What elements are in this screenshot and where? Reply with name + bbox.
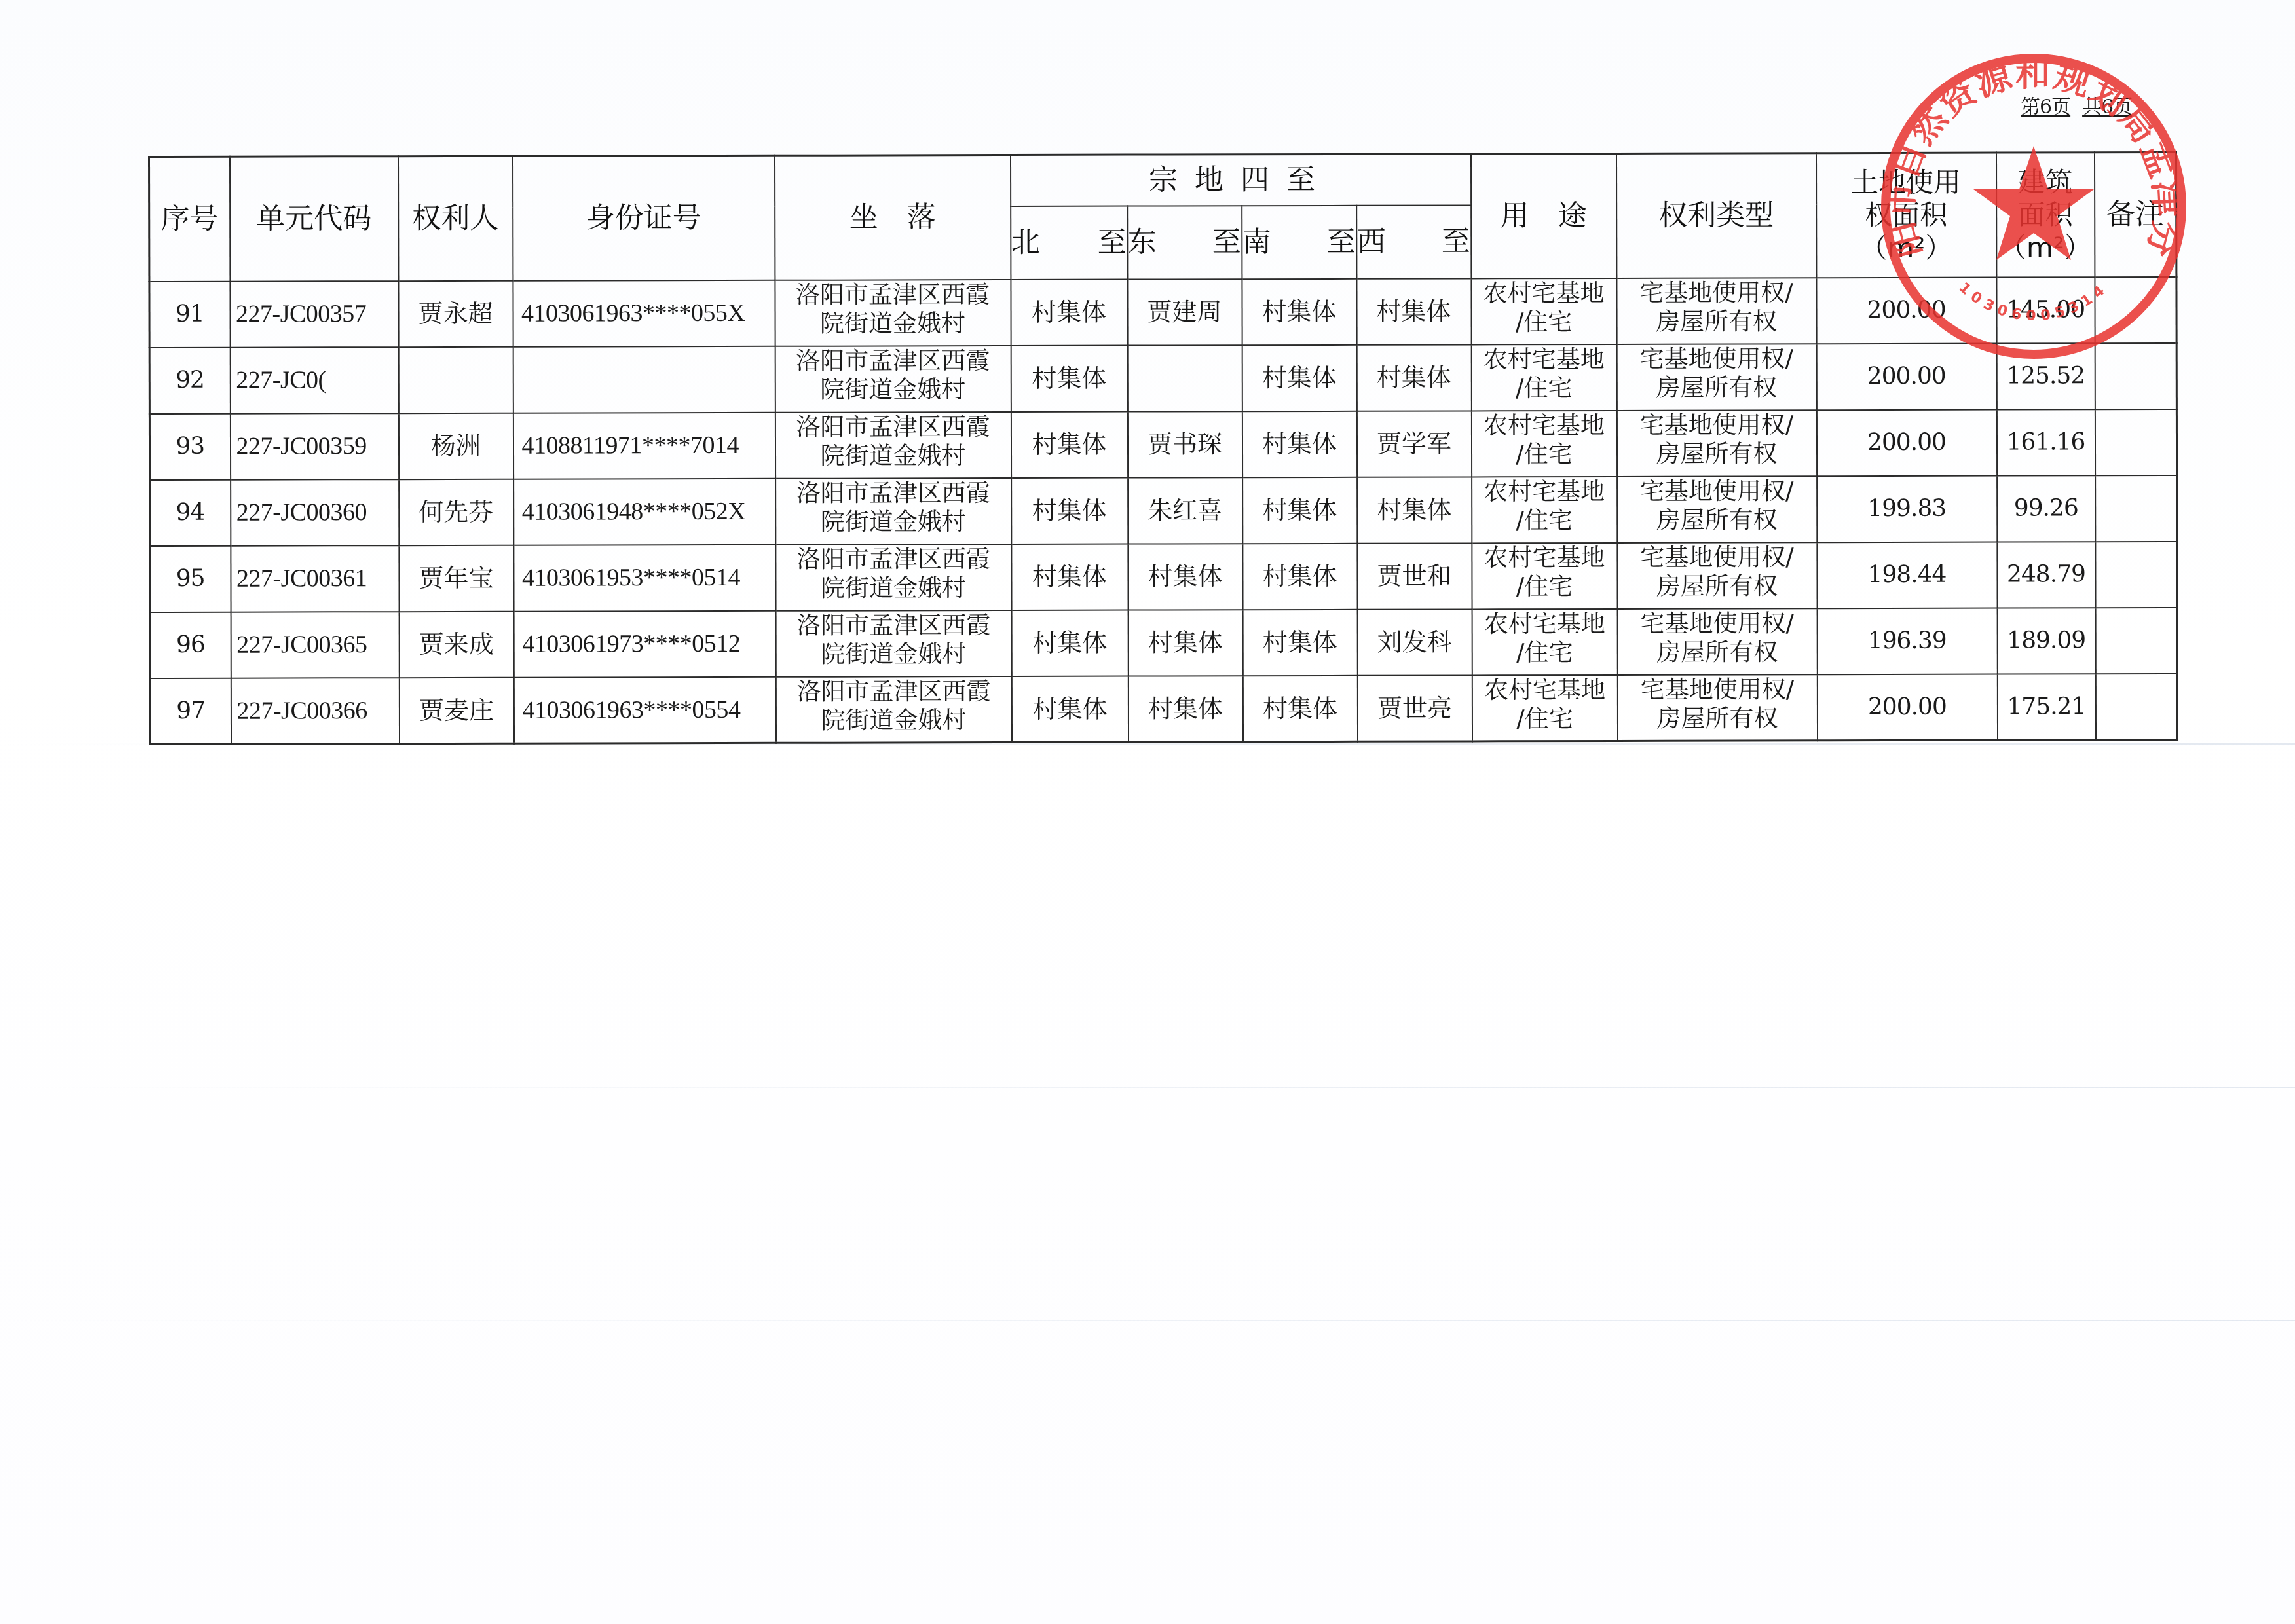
cell-location: 洛阳市孟津区西霞 院街道金娥村 xyxy=(775,346,1011,413)
header-land-area-unit: （m²） xyxy=(1817,231,1996,265)
cell-remarks xyxy=(2095,475,2177,541)
cell-remarks xyxy=(2095,342,2176,409)
cell-right-type: 宅基地使用权/ 房屋所有权 xyxy=(1616,278,1816,344)
cell-seq: 95 xyxy=(150,545,231,612)
header-seq: 序号 xyxy=(149,157,230,281)
cell-id-number: 4103061948****052X xyxy=(513,478,775,545)
header-id-number: 身份证号 xyxy=(513,155,775,280)
cell-location: 洛阳市孟津区西霞 院街道金娥村 xyxy=(775,280,1011,346)
cell-usage: 农村宅基地 /住宅 xyxy=(1471,278,1616,344)
cell-remarks xyxy=(2095,541,2177,607)
cell-land-area: 200.00 xyxy=(1816,409,1996,476)
cell-north: 村集体 xyxy=(1011,345,1127,411)
cell-south: 村集体 xyxy=(1242,477,1357,543)
header-land-area-line1: 土地使用 xyxy=(1817,166,1996,199)
cell-right-type: 宅基地使用权/ 房屋所有权 xyxy=(1617,476,1817,543)
cell-west: 村集体 xyxy=(1356,344,1471,411)
cell-holder: 何先芬 xyxy=(399,479,513,545)
table-row: 97227-JC00366贾麦庄4103061963****0554洛阳市孟津区… xyxy=(150,673,2177,744)
cell-right-type: 宅基地使用权/ 房屋所有权 xyxy=(1616,410,1816,477)
cell-north: 村集体 xyxy=(1011,610,1128,676)
cell-usage: 农村宅基地 /住宅 xyxy=(1472,674,1617,741)
cell-east xyxy=(1127,345,1242,411)
cell-land-area: 196.39 xyxy=(1817,608,1997,674)
cell-building-area: 125.52 xyxy=(1996,343,2095,409)
cell-unit-code: 227-JC00357 xyxy=(230,281,398,348)
header-building-area: 建筑 面积 （m²） xyxy=(1996,153,2094,277)
cell-south: 村集体 xyxy=(1242,278,1356,344)
cell-south: 村集体 xyxy=(1242,609,1357,675)
cell-east: 贾建周 xyxy=(1127,279,1242,345)
cell-holder: 贾永超 xyxy=(398,280,513,346)
header-north: 北 至 xyxy=(1011,206,1127,279)
cell-south: 村集体 xyxy=(1242,675,1357,741)
cell-location: 洛阳市孟津区西霞 院街道金娥村 xyxy=(775,544,1011,611)
cell-building-area: 99.26 xyxy=(1997,475,2095,542)
cell-unit-code: 227-JC00366 xyxy=(231,678,399,745)
cell-unit-code: 227-JC00360 xyxy=(231,479,399,546)
header-right-type: 权利类型 xyxy=(1616,153,1816,278)
cell-location: 洛阳市孟津区西霞 院街道金娥村 xyxy=(775,610,1011,677)
header-land-area: 土地使用 权面积 （m²） xyxy=(1816,153,1996,278)
cell-seq: 92 xyxy=(149,347,230,413)
cell-remarks xyxy=(2095,409,2176,475)
header-land-area-line2: 权面积 xyxy=(1817,198,1996,232)
cell-west: 贾学军 xyxy=(1356,411,1471,477)
cell-seq: 94 xyxy=(150,479,231,545)
header-building-area-line1: 建筑 xyxy=(1997,166,2094,198)
cell-west: 贾世亮 xyxy=(1357,675,1472,741)
cell-remarks xyxy=(2095,276,2176,342)
cell-id-number: 4103061973****0512 xyxy=(513,610,775,677)
cell-north: 村集体 xyxy=(1011,544,1128,610)
cell-east: 村集体 xyxy=(1128,676,1242,742)
cell-usage: 农村宅基地 /住宅 xyxy=(1472,476,1617,543)
cell-north: 村集体 xyxy=(1011,411,1127,477)
table-row: 92227-JC0(洛阳市孟津区西霞 院街道金娥村村集体村集体村集体农村宅基地 … xyxy=(149,342,2176,413)
table-body: 91227-JC00357贾永超4103061963****055X洛阳市孟津区… xyxy=(149,276,2178,744)
cell-unit-code: 227-JC00365 xyxy=(231,612,399,678)
cell-location: 洛阳市孟津区西霞 院街道金娥村 xyxy=(775,478,1011,545)
paper-fold-line xyxy=(0,1087,2295,1088)
header-unit-code: 单元代码 xyxy=(230,157,398,282)
cell-west: 刘发科 xyxy=(1357,609,1472,675)
cell-west: 贾世和 xyxy=(1357,543,1472,609)
cell-remarks xyxy=(2095,673,2177,739)
cell-seq: 97 xyxy=(150,678,231,744)
cell-south: 村集体 xyxy=(1242,411,1356,477)
header-location: 坐 落 xyxy=(775,155,1011,280)
cell-id-number: 4108811971****7014 xyxy=(513,412,775,479)
cell-id-number: 4103061963****0554 xyxy=(513,676,775,743)
cell-north: 村集体 xyxy=(1011,279,1127,345)
cell-usage: 农村宅基地 /住宅 xyxy=(1471,344,1616,411)
cell-land-area: 200.00 xyxy=(1817,674,1997,741)
cell-right-type: 宅基地使用权/ 房屋所有权 xyxy=(1616,344,1816,411)
table-row: 96227-JC00365贾来成4103061973****0512洛阳市孟津区… xyxy=(150,607,2177,678)
cell-holder xyxy=(398,346,513,413)
cell-building-area: 175.21 xyxy=(1997,674,2095,740)
header-building-area-line2: 面积 xyxy=(1997,198,2094,231)
cell-south: 村集体 xyxy=(1242,344,1356,411)
cell-holder: 贾年宝 xyxy=(399,545,513,611)
cell-location: 洛阳市孟津区西霞 院街道金娥村 xyxy=(775,412,1011,479)
cell-usage: 农村宅基地 /住宅 xyxy=(1472,542,1617,609)
cell-north: 村集体 xyxy=(1011,477,1128,544)
cell-seq: 96 xyxy=(150,612,231,678)
cell-east: 村集体 xyxy=(1128,544,1242,610)
page-total: 共6页 xyxy=(2082,96,2132,119)
cell-land-area: 200.00 xyxy=(1816,343,1996,410)
cell-building-area: 248.79 xyxy=(1997,542,2095,608)
cell-east: 朱红喜 xyxy=(1128,477,1242,544)
cell-land-area: 200.00 xyxy=(1816,277,1996,344)
cell-west: 村集体 xyxy=(1356,278,1471,344)
header-west: 西 至 xyxy=(1356,205,1471,278)
cell-north: 村集体 xyxy=(1011,676,1128,742)
cell-location: 洛阳市孟津区西霞 院街道金娥村 xyxy=(775,676,1011,743)
cell-id-number: 4103061953****0514 xyxy=(513,544,775,611)
cell-land-area: 198.44 xyxy=(1817,542,1997,608)
table-row: 93227-JC00359杨洲4108811971****7014洛阳市孟津区西… xyxy=(149,409,2176,479)
cell-seq: 93 xyxy=(149,413,230,479)
cell-holder: 贾来成 xyxy=(399,611,513,677)
table-row: 95227-JC00361贾年宝4103061953****0514洛阳市孟津区… xyxy=(150,541,2177,612)
cell-right-type: 宅基地使用权/ 房屋所有权 xyxy=(1617,608,1817,675)
cell-building-area: 189.09 xyxy=(1997,608,2095,674)
table-row: 91227-JC00357贾永超4103061963****055X洛阳市孟津区… xyxy=(149,276,2176,347)
cell-seq: 91 xyxy=(149,281,230,347)
paper-fold-line xyxy=(0,1319,2295,1321)
header-remarks: 备注 xyxy=(2094,152,2176,276)
cell-usage: 农村宅基地 /住宅 xyxy=(1472,608,1617,675)
cell-remarks xyxy=(2095,607,2177,673)
cell-unit-code: 227-JC0( xyxy=(230,347,398,414)
cell-holder: 贾麦庄 xyxy=(399,677,513,743)
cell-right-type: 宅基地使用权/ 房屋所有权 xyxy=(1617,674,1817,741)
header-holder: 权利人 xyxy=(398,156,513,280)
cell-holder: 杨洲 xyxy=(398,413,513,479)
cell-id-number: 4103061963****055X xyxy=(513,280,775,346)
cell-id-number xyxy=(513,346,775,413)
cell-east: 贾书琛 xyxy=(1127,411,1242,477)
page-indicator: 第6页共6页 xyxy=(2021,90,2132,119)
cell-west: 村集体 xyxy=(1357,477,1472,543)
cell-unit-code: 227-JC00361 xyxy=(231,545,399,612)
header-boundaries: 宗地四至 xyxy=(1011,154,1471,206)
cell-usage: 农村宅基地 /住宅 xyxy=(1471,410,1616,477)
cell-east: 村集体 xyxy=(1128,610,1242,676)
header-usage: 用 途 xyxy=(1470,153,1616,278)
header-south: 南 至 xyxy=(1242,205,1356,278)
header-east: 东 至 xyxy=(1127,206,1242,279)
scanned-document-page: 第6页共6页 序号 单元代码 权利人 身份证号 坐 落 xyxy=(0,0,2295,1624)
cell-south: 村集体 xyxy=(1242,543,1357,609)
cell-unit-code: 227-JC00359 xyxy=(230,413,398,480)
table-row: 94227-JC00360何先芬4103061948****052X洛阳市孟津区… xyxy=(150,475,2177,545)
header-row-top: 序号 单元代码 权利人 身份证号 坐 落 宗地四至 用 途 权利类型 土地使用 … xyxy=(149,152,2176,208)
page-current: 第6页 xyxy=(2021,96,2070,119)
cell-building-area: 161.16 xyxy=(1996,409,2095,475)
land-registry-table: 序号 单元代码 权利人 身份证号 坐 落 宗地四至 用 途 权利类型 土地使用 … xyxy=(148,151,2178,745)
cell-land-area: 199.83 xyxy=(1817,475,1997,542)
cell-building-area: 145.00 xyxy=(1996,277,2095,343)
header-building-area-unit: （m²） xyxy=(1997,231,2094,264)
cell-right-type: 宅基地使用权/ 房屋所有权 xyxy=(1617,542,1817,609)
